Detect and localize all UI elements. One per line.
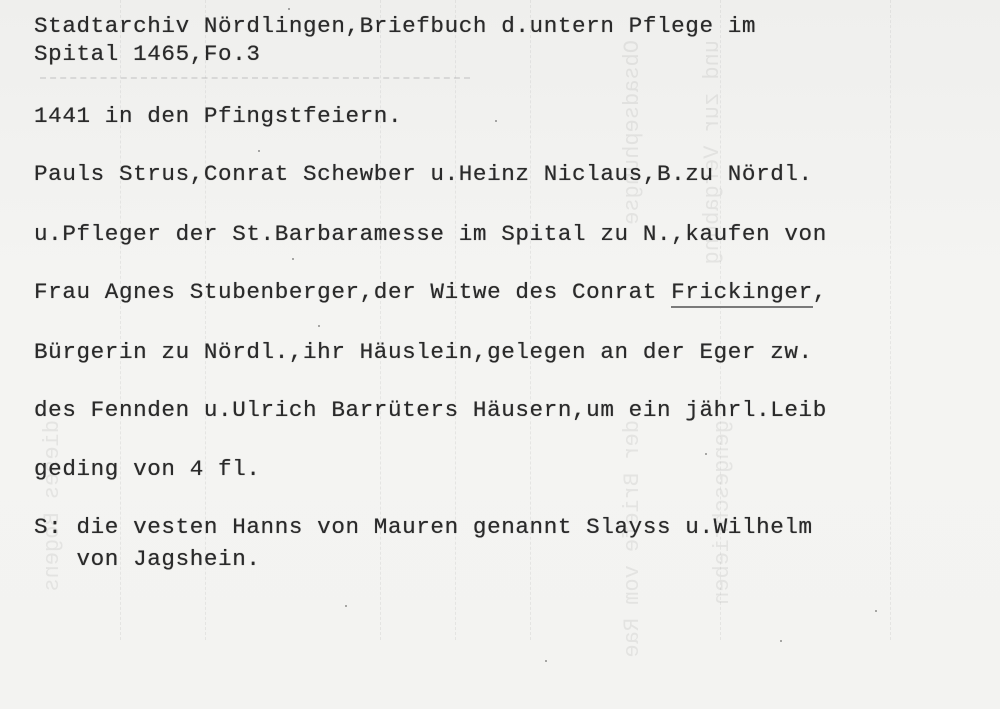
ruled-line (455, 0, 456, 640)
speck (545, 660, 547, 662)
speck (780, 640, 782, 642)
body-text: Frau Agnes Stubenberger,der Witwe des Co… (34, 279, 671, 305)
date-line: 1441 in den Pfingstfeiern. (34, 103, 402, 129)
body-line: des Fennden u.Ulrich Barrüters Häusern,u… (34, 397, 827, 423)
speck (705, 453, 707, 455)
speck (288, 8, 290, 10)
faint-rule (40, 77, 470, 79)
ruled-line (890, 0, 891, 640)
seal-line-1: S: die vesten Hanns von Mauren genannt S… (34, 514, 813, 540)
body-line: Frau Agnes Stubenberger,der Witwe des Co… (34, 279, 827, 305)
speck (345, 605, 347, 607)
speck (875, 610, 877, 612)
speck (318, 325, 320, 327)
body-text: , (813, 279, 827, 305)
header-line-2: Spital 1465,Fo.3 (34, 41, 261, 67)
ruled-line (530, 0, 531, 640)
underlined-name: Frickinger (671, 279, 813, 308)
ruled-line (380, 0, 381, 640)
bleed-through-text: Obsadsephungse (620, 40, 645, 225)
body-line: Bürgerin zu Nördl.,ihr Häuslein,gelegen … (34, 339, 813, 365)
ruled-line (205, 0, 206, 640)
body-line: geding von 4 fl. (34, 456, 261, 482)
index-card: Obsadsephungse und zur Vergabung der Bri… (0, 0, 1000, 709)
header-line-1: Stadtarchiv Nördlingen,Briefbuch d.unter… (34, 13, 756, 39)
body-line: u.Pfleger der St.Barbaramesse im Spital … (34, 221, 827, 247)
speck (495, 120, 497, 122)
speck (292, 258, 294, 260)
seal-line-2: von Jagshein. (34, 546, 261, 572)
ruled-line (120, 0, 121, 640)
bleed-through-text: gengeschrieben (710, 420, 735, 605)
speck (258, 150, 260, 152)
body-line: Pauls Strus,Conrat Schewber u.Heinz Nicl… (34, 161, 813, 187)
